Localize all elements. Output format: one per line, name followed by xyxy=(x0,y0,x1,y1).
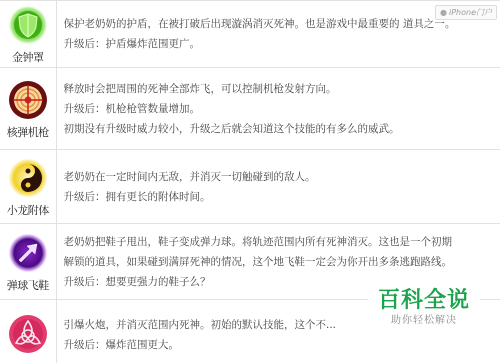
pink-trinity-icon xyxy=(8,314,48,354)
item-description: 释放时会把周围的死神全部炸飞，可以控制机枪发射方向。 升级后：机枪枪管数量增加。… xyxy=(56,68,500,150)
item-name: 核弹机枪 xyxy=(0,124,56,140)
item-name: 小龙附体 xyxy=(0,202,56,218)
item-icon-cell: 核弹机枪 xyxy=(0,68,56,150)
item-icon-cell: 金钟罩 xyxy=(0,1,56,68)
note-line: 初期没有升级时威力较小，升级之后就会知道这个技能的有多么的威武。 xyxy=(64,119,495,139)
yin-yang-dragon-icon xyxy=(8,158,48,198)
item-icon-cell xyxy=(0,300,56,363)
green-shield-icon xyxy=(8,5,48,45)
item-name: 弹球飞鞋 xyxy=(0,277,56,293)
watermark-title: 百科全说 xyxy=(378,288,470,314)
crosshair-target-icon xyxy=(8,80,48,120)
item-icon-cell: 弹球飞鞋 xyxy=(0,224,56,300)
description-line: 老奶奶把鞋子甩出，鞋子变成弹力球。将轨迹范围内所有死神消灭。这也是一个初期 xyxy=(64,232,495,252)
description-line: 解锁的道具，如果碰到满屏死神的情况，这个地飞鞋一定会为你开出多条逃跑路线。 xyxy=(64,252,495,272)
upgrade-line: 升级后：爆炸范围更大。 xyxy=(64,335,495,355)
item-description: 保护老奶奶的护盾，在被打破后出现漩涡消灭死神。也是游戏中最重要的 道具之一。 升… xyxy=(56,1,500,68)
apple-icon: ● xyxy=(440,8,447,17)
badge-label: iPhone门户 xyxy=(449,8,492,17)
upgrade-line: 升级后：护盾爆炸范围更广。 xyxy=(64,34,495,54)
upgrade-line: 升级后：机枪枪管数量增加。 xyxy=(64,99,495,119)
table-row: 金钟罩 保护老奶奶的护盾，在被打破后出现漩涡消灭死神。也是游戏中最重要的 道具之… xyxy=(0,1,500,68)
description-line: 老奶奶在一定时间内无敌，并消灭一切触碰到的敌人。 xyxy=(64,167,495,187)
table-row: 小龙附体 老奶奶在一定时间内无敌，并消灭一切触碰到的敌人。 升级后：拥有更长的附… xyxy=(0,150,500,224)
watermark-subtitle: 助你轻松解决 xyxy=(378,314,470,328)
description-line: 释放时会把周围的死神全部炸飞，可以控制机枪发射方向。 xyxy=(64,79,495,99)
description-line: 保护老奶奶的护盾，在被打破后出现漩涡消灭死神。也是游戏中最重要的 道具之一。 xyxy=(64,14,495,34)
watermark: 百科全说 助你轻松解决 xyxy=(368,288,480,328)
upgrade-line: 升级后：拥有更长的附体时间。 xyxy=(64,187,495,207)
table-row: 核弹机枪 释放时会把周围的死神全部炸飞，可以控制机枪发射方向。 升级后：机枪枪管… xyxy=(0,68,500,150)
iphone-portal-badge: ●iPhone门户 xyxy=(435,5,497,20)
item-description: 老奶奶在一定时间内无敌，并消灭一切触碰到的敌人。 升级后：拥有更长的附体时间。 xyxy=(56,150,500,224)
purple-arrow-icon xyxy=(8,233,48,273)
item-name: 金钟罩 xyxy=(0,49,56,65)
item-icon-cell: 小龙附体 xyxy=(0,150,56,224)
